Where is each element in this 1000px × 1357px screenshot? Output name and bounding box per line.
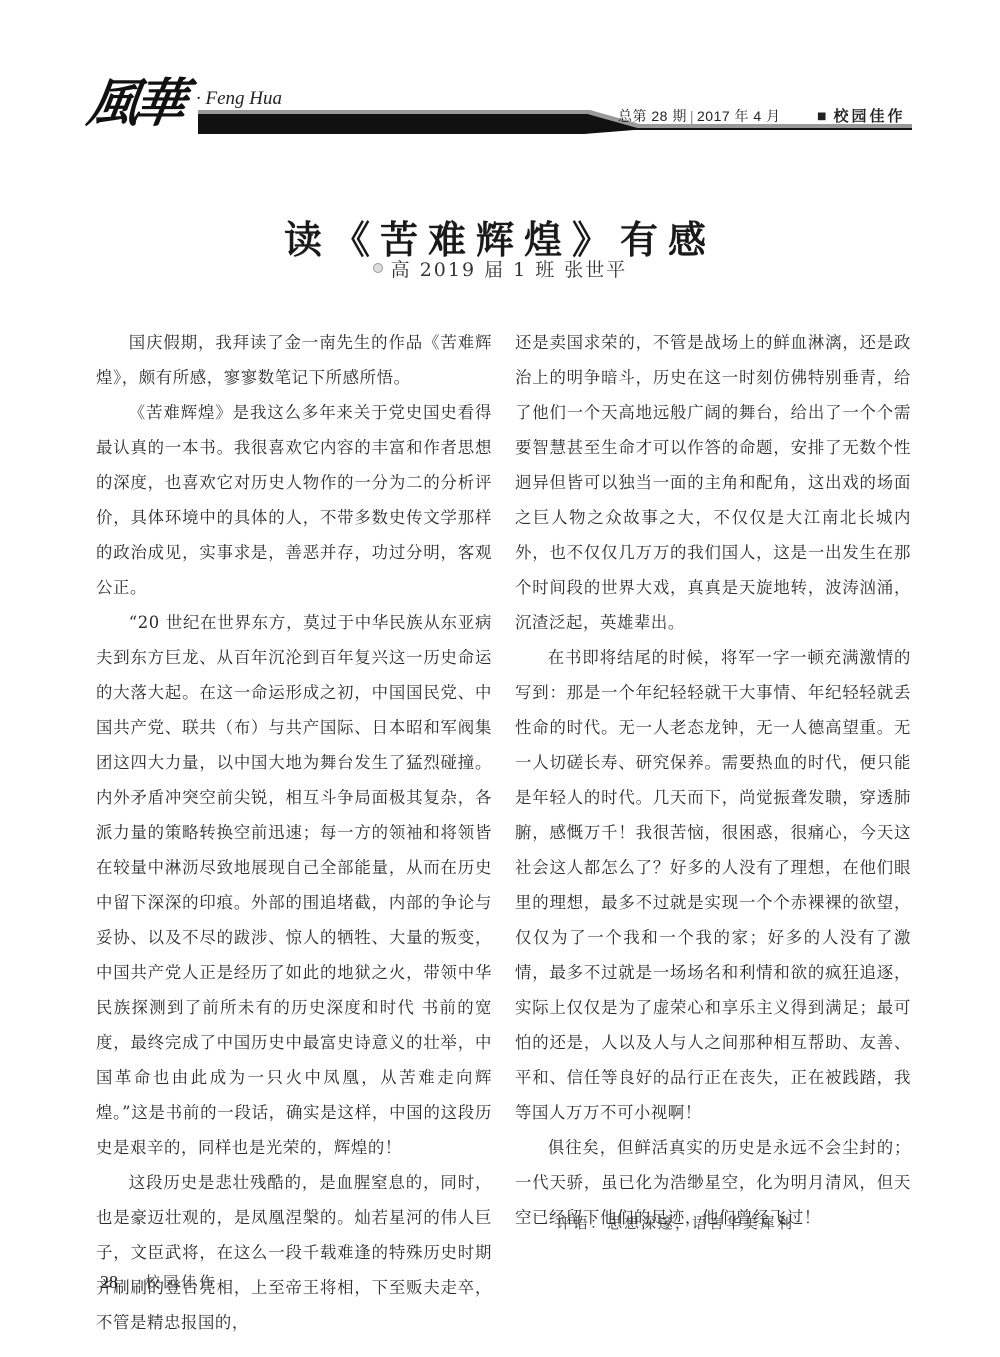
header-section: ■校园佳作	[817, 105, 905, 126]
square-bullet-icon: ■	[817, 111, 829, 122]
circle-bullet-icon	[373, 263, 383, 273]
paragraph: 这段历史是悲壮残酷的，是血腥窒息的，同时，也是豪迈壮观的，是凤凰涅槃的。灿若星河…	[96, 1165, 492, 1340]
left-column: 国庆假期，我拜读了金一南先生的作品《苦难辉煌》，颇有所感，寥寥数笔记下所感所悟。…	[96, 325, 492, 1340]
paragraph: 在书即将结尾的时候，将军一字一顿充满激情的写到：那是一个年纪轻轻就干大事情、年纪…	[515, 640, 911, 1130]
header-section-label: 校园佳作	[833, 107, 905, 125]
page-number: 28	[100, 1272, 118, 1293]
issue-date: 2017 年 4 月	[697, 108, 781, 124]
paragraph: 国庆假期，我拜读了金一南先生的作品《苦难辉煌》，颇有所感，寥寥数笔记下所感所悟。	[96, 325, 492, 395]
page-footer: 28 校园佳作	[100, 1271, 237, 1293]
byline-text: 高 2019 届 1 班 张世平	[391, 259, 628, 281]
teacher-comment: 评语：思想深邃，语言华美犀利	[556, 1212, 794, 1233]
magazine-logo: 風華	[84, 78, 183, 130]
page-header: 風華 · Feng Hua 总第 28 期|2017 年 4 月 ■校园佳作	[0, 0, 1000, 160]
magazine-subtitle: · Feng Hua	[196, 88, 282, 110]
article-byline: 高 2019 届 1 班 张世平	[0, 255, 1000, 282]
header-decorative-bar	[198, 110, 914, 140]
issue-info: 总第 28 期|2017 年 4 月	[618, 106, 781, 126]
right-column: 还是卖国求荣的，不管是战场上的鲜血淋漓，还是政治上的明争暗斗，历史在这一时刻仿佛…	[515, 325, 911, 1235]
paragraph: 《苦难辉煌》是我这么多年来关于党史国史看得最认真的一本书。我很喜欢它内容的丰富和…	[96, 395, 492, 605]
footer-section-tag: 校园佳作	[131, 1271, 237, 1293]
paragraph: “20 世纪在世界东方，莫过于中华民族从东亚病夫到东方巨龙、从百年沉沦到百年复兴…	[96, 605, 492, 1165]
issue-number: 总第 28 期	[618, 108, 687, 124]
issue-separator: |	[690, 108, 694, 124]
paragraph-continued: 还是卖国求荣的，不管是战场上的鲜血淋漓，还是政治上的明争暗斗，历史在这一时刻仿佛…	[515, 325, 911, 640]
